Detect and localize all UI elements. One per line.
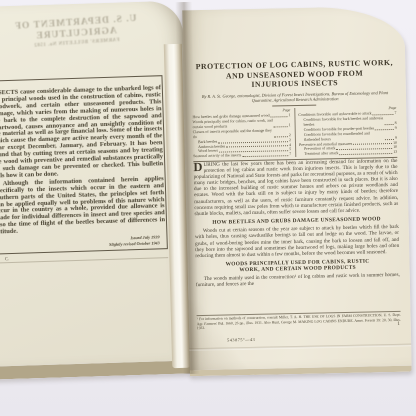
byline: By R. A. St. George, entomologist, Divis… bbox=[196, 90, 394, 105]
body-paragraph-2: Woods cut at certain seasons of the year… bbox=[195, 224, 400, 259]
footnote-text: ¹ For information on methods of construc… bbox=[197, 313, 401, 330]
leader-dots bbox=[385, 138, 394, 139]
contents-left-column: Page How beetles and grubs damage unseas… bbox=[192, 108, 291, 160]
summary-box: INSECTS cause considerable damage to the… bbox=[0, 75, 168, 256]
issued-dates: Issued July 1939 Slightly revised Octobe… bbox=[109, 235, 160, 247]
body-paragraph-3: The woods mainly used in the constructio… bbox=[196, 272, 400, 288]
contents-entry: Treatment after attack13 bbox=[299, 150, 397, 157]
print-signature-mark: 543875°—43 bbox=[227, 337, 255, 343]
summary-text: INSECTS cause considerable damage to the… bbox=[0, 85, 165, 236]
page-number: 1 bbox=[397, 322, 400, 327]
right-page: PROTECTION OF LOG CABINS, RUSTIC WORK, A… bbox=[182, 6, 412, 377]
summary-paragraph-2: Although the information contained herei… bbox=[0, 176, 165, 237]
contents-entry: Seasonal activity of the insects7 bbox=[193, 152, 291, 159]
summary-paragraph-1: INSECTS cause considerable damage to the… bbox=[0, 85, 164, 180]
contents-top-rule bbox=[272, 105, 316, 107]
contents-right-column: Page Conditions favorable and unfavorabl… bbox=[294, 106, 397, 158]
body-text: DURING the last few years there has been… bbox=[193, 158, 400, 289]
contents-table: Page How beetles and grubs damage unseas… bbox=[192, 103, 397, 162]
cover-showthrough-text: U. S. DEPARTMENT OF AGRICULTURE FARMERS'… bbox=[10, 14, 142, 52]
leader-dots bbox=[339, 153, 392, 155]
imprint-rule bbox=[0, 257, 168, 264]
body-paragraph-1: DURING the last few years there has been… bbox=[193, 158, 398, 217]
issued-line-2: Slightly revised October 1943 bbox=[109, 240, 160, 247]
leader-dots bbox=[385, 124, 394, 125]
bulletin-title: PROTECTION OF LOG CABINS, RUSTIC WORK, A… bbox=[183, 58, 406, 91]
leader-dots bbox=[242, 155, 288, 157]
footnote: ¹ For information on methods of construc… bbox=[197, 311, 401, 331]
section-heading-woods: WOODS PRINCIPALLY USED FOR CABINS, RUSTI… bbox=[217, 259, 377, 274]
drop-cap: D bbox=[193, 162, 203, 173]
photo-background: U. S. DEPARTMENT OF AGRICULTURE FARMERS'… bbox=[0, 0, 416, 416]
